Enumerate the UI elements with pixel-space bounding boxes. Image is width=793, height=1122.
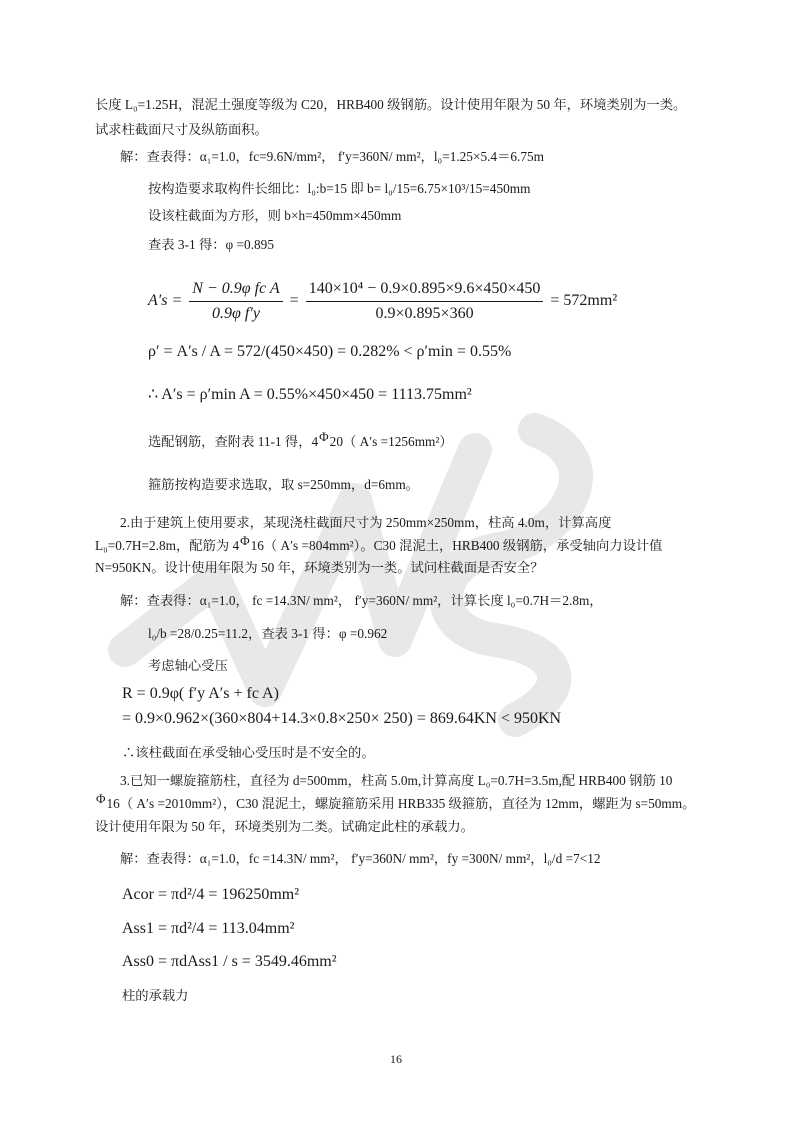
problem3-solution-given: 解：查表得：α₁=1.0，fc =14.3N/ mm²， f′y=360N/ m… [120,850,601,868]
problem1-intro-line1: 长度 L₀=1.25H，混泥土强度等级为 C20，HRB400 级钢筋。设计使用… [95,96,686,114]
problem1-equation-as: A′s = N − 0.9φ fc A 0.9φ f′y = 140×10⁴ −… [148,278,617,325]
problem3-line1: 3.已知一螺旋箍筋柱，直径为 d=500mm，柱高 5.0m,计算高度 L₀=0… [120,772,672,790]
problem3-capacity-label: 柱的承载力 [122,987,188,1005]
problem1-step-section: 设该柱截面为方形，则 b×h=450mm×450mm [148,207,401,225]
problem2-equation-r: R = 0.9φ( f′y A′s + fc A) [122,685,279,703]
problem2-line2: L₀=0.7H=2.8m，配筋为 4Φ16（ A′s =804mm²）。C30 … [95,537,662,555]
page-number: 16 [390,1052,402,1067]
problem1-stirrup: 箍筋按构造要求选取，取 s=250mm，d=6mm。 [148,476,419,494]
problem3-equation-ass0: Ass0 = πdAss1 / s = 3549.46mm² [122,953,337,971]
problem1-equation-rho: ρ′ = A′s / A = 572/(450×450) = 0.282% < … [148,343,511,361]
problem1-intro-line2: 试求柱截面尺寸及纵筋面积。 [95,121,268,139]
problem1-equation-as-min: ∴ A′s = ρ′min A = 0.55%×450×450 = 1113.7… [148,386,472,404]
problem1-solution-given: 解：查表得：α₁=1.0，fc=9.6N/mm²， f′y=360N/ mm²，… [120,148,544,166]
problem3-equation-ass1: Ass1 = πd²/4 = 113.04mm² [122,920,294,938]
problem3-equation-acor: Acor = πd²/4 = 196250mm² [122,886,299,904]
problem1-step-slenderness: 按构造要求取构件长细比：l₀:b=15 即 b= l₀/15=6.75×10³/… [148,180,530,198]
problem1-step-phi: 查表 3-1 得：φ =0.895 [148,236,274,254]
problem3-line2: Φ16（ A′s =2010mm²），C30 混泥土，螺旋箍筋采用 HRB335… [95,795,695,813]
fraction-symbolic: N − 0.9φ fc A 0.9φ f′y [189,278,282,325]
problem2-solution-slenderness: l₀/b =28/0.25=11.2，查表 3-1 得：φ =0.962 [148,625,387,643]
problem2-line1: 2.由于建筑上使用要求，某现浇柱截面尺寸为 250mm×250mm，柱高 4.0… [120,514,611,532]
eq-lhs: A′s = [148,292,182,309]
problem2-line3: N=950KN。设计使用年限为 50 年，环境类别为一类。试问柱截面是否安全？ [95,559,544,577]
eq-result: = 572mm² [550,292,617,309]
rebar-grade-icon: Φ [96,790,106,808]
problem2-solution-given: 解：查表得：α₁=1.0， fc =14.3N/ mm²， f′y=360N/ … [120,592,603,610]
rebar-grade-icon: Φ [240,532,250,550]
problem2-equation-r-value: = 0.9×0.962×(360×804+14.3×0.8×250× 250) … [122,710,561,728]
problem2-conclusion: ∴该柱截面在承受轴心受压时是不安全的。 [122,744,375,762]
problem1-rebar-selection: 选配钢筋，查附表 11-1 得，4Φ20（ A′s =1256mm²） [148,433,453,451]
problem2-solution-note: 考虑轴心受压 [148,657,228,675]
problem3-line3: 设计使用年限为 50 年，环境类别为二类。试确定此柱的承载力。 [95,818,474,836]
fraction-numeric: 140×10⁴ − 0.9×0.895×9.6×450×450 0.9×0.89… [306,278,544,325]
rebar-grade-icon: Φ [319,428,329,446]
